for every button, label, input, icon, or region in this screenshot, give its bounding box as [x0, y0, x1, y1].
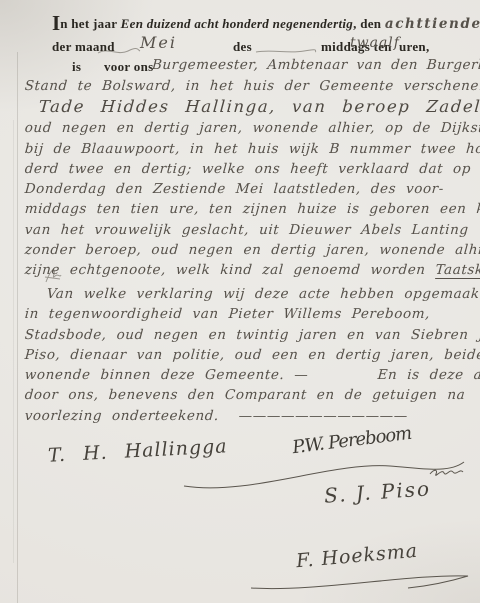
signature-witness-piso: S. J. Piso: [323, 476, 431, 507]
document-line: oud negen en dertig jaren, wonende alhie…: [24, 118, 480, 138]
document-line: wonende binnen deze Gemeente. — En is de…: [24, 365, 480, 385]
signature-burgemeester: F. Hoeksma: [295, 540, 419, 573]
document-line: in tegenwoordigheid van Pieter Willems P…: [24, 304, 480, 324]
handwritten-line-3: Burgemeester, Ambtenaar van den Burgerli…: [151, 57, 480, 73]
registry-document-page: In het jaar Een duizend acht honderd neg…: [0, 0, 480, 603]
handwritten-paragraph-1: Stand te Bolsward, in het huis der Gemee…: [24, 76, 480, 281]
printed-voor-ons: voor ons: [104, 59, 153, 75]
paper-fold-line-2: [13, 120, 14, 563]
document-line: middags ten tien ure, ten zijnen huize i…: [24, 199, 480, 219]
handwritten-hour: twaalf: [350, 35, 400, 51]
printed-text: , den: [353, 16, 385, 31]
document-line: Stadsbode, oud negen en twintig jaren en…: [24, 325, 480, 345]
printed-uren: uren,: [399, 39, 430, 55]
handwritten-paragraph-2: Van welke verklaring wij deze acte hebbe…: [24, 284, 480, 426]
printed-italic-year: Een duizend acht honderd negenendertig: [121, 16, 353, 31]
printed-des: des: [233, 39, 252, 55]
document-line: Van welke verklaring wij deze acte hebbe…: [24, 284, 480, 304]
document-line: Donderdag den Zestiende Mei laatstleden,…: [24, 179, 480, 199]
signature-witness-pereboom: P.W. Pereboom: [291, 423, 412, 458]
document-line: voorlezing onderteekend. ————————————: [24, 406, 480, 426]
paper-fold-line: [17, 52, 18, 603]
declarant-name-line: Tade Hiddes Hallinga, van beroep Zadelma…: [24, 96, 480, 118]
child-name: Taatske: [435, 262, 480, 279]
document-line: derd twee en dertig; welke ons heeft ver…: [24, 159, 480, 179]
printed-der-maand: der maand: [52, 39, 115, 55]
handwritten-month: Mei: [140, 33, 177, 52]
printed-line-1: In het jaar Een duizend acht honderd neg…: [52, 16, 480, 32]
blank-filler-line-icon: [254, 46, 318, 56]
document-line-text: zijne echtgenoote, welk kind zal genoemd…: [24, 262, 436, 278]
document-line: zijne echtgenoote, welk kind zal genoemd…: [24, 260, 480, 280]
document-line: van het vrouwelijk geslacht, uit Dieuwer…: [24, 220, 480, 240]
drop-initial: I: [52, 11, 60, 35]
document-line: zonder beroep, oud negen en dertig jaren…: [24, 240, 480, 260]
document-line: Piso, dienaar van politie, oud een en de…: [24, 345, 480, 365]
printed-is: is: [72, 59, 81, 75]
document-line: Stand te Bolsward, in het huis der Gemee…: [24, 76, 480, 96]
document-line: door ons, benevens den Comparant en de g…: [24, 385, 480, 405]
signature-underline-icon: [248, 572, 473, 594]
printed-text: n het jaar: [60, 16, 120, 31]
handwritten-day: achttiende dag: [385, 16, 480, 32]
signature-comparant: T. H. Hallingga: [48, 435, 229, 466]
document-line: bij de Blaauwpoort, in het huis wijk B n…: [24, 139, 480, 159]
